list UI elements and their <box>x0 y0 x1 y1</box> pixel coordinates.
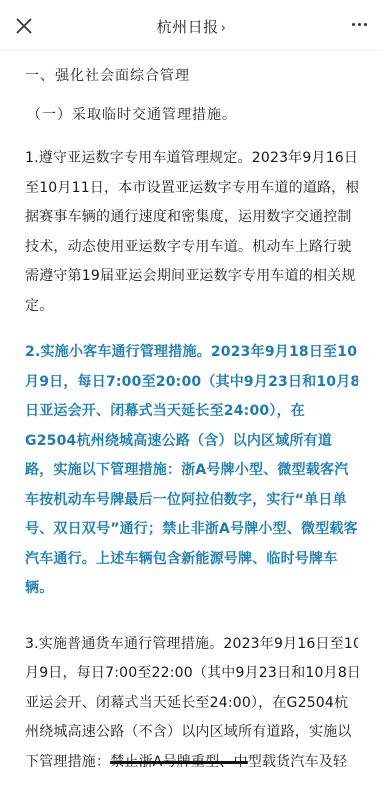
paragraph-line: 定。 <box>25 292 358 322</box>
paragraph-3: 3.实施普通货车通行管理措施。2023年9月16日至10 月9日，每日7:00至… <box>25 630 358 778</box>
account-name[interactable]: 杭州日报 <box>157 18 219 36</box>
article-body: 一、强化社会面综合管理 （一）采取临时交通管理措施。 1.遵守亚运数字专用车道管… <box>0 65 383 777</box>
paragraph-line-partial: 下管理措施：禁止浙A号牌重型、中型载货汽车及轻 <box>25 748 358 778</box>
paragraph-line: 需遵守第19届亚运会期间亚运数字专用车道的相关规 <box>25 262 358 292</box>
paragraph-line: 月9日，每日7:00至22:00（其中9月23日和10月8日 <box>25 659 358 689</box>
paragraph-line: 州绕城高速公路（不含）以内区域所有道路，实施以 <box>25 718 358 748</box>
paragraph-line: 汽车通行。上述车辆包含新能源号牌、临时号牌车 <box>25 545 358 575</box>
paragraph-line: 据赛事车辆的通行速度和密集度，运用数字交通控制 <box>25 203 358 233</box>
struck-text: 禁止浙A号牌重型、中 <box>110 754 248 770</box>
chevron-right-icon: › <box>221 21 227 36</box>
paragraph-line: 车按机动车号牌最后一位阿拉伯数字，实行“单日单 <box>25 486 358 516</box>
paragraph-line: 3.实施普通货车通行管理措施。2023年9月16日至10 <box>25 630 358 660</box>
paragraph-1: 1.遵守亚运数字专用车道管理规定。2023年9月16日 至10月11日，本市设置… <box>25 144 358 321</box>
paragraph-line: 月9日，每日7:00至20:00（其中9月23日和10月8 <box>25 368 358 398</box>
paragraph-line: 至10月11日，本市设置亚运数字专用车道的道路，根 <box>25 174 358 204</box>
paragraph-line: 1.遵守亚运数字专用车道管理规定。2023年9月16日 <box>25 144 358 174</box>
top-nav-bar: 杭州日报› <box>0 0 383 51</box>
paragraph-line: 技术，动态使用亚运数字专用车道。机动车上路行驶 <box>25 233 358 263</box>
paragraph-line: 号、双日双号”通行；禁止非浙A号牌小型、微型载客 <box>25 515 358 545</box>
paragraph-line: 路，实施以下管理措施：浙A号牌小型、微型载客汽 <box>25 456 358 486</box>
section-heading: 一、强化社会面综合管理 <box>25 65 358 87</box>
paragraph-2-highlighted: 2.实施小客车通行管理措施。2023年9月18日至10 月9日，每日7:00至2… <box>25 338 358 604</box>
subsection-heading: （一）采取临时交通管理措施。 <box>25 104 358 126</box>
paragraph-line: 辆。 <box>25 574 358 604</box>
paragraph-line: G2504杭州绕城高速公路（含）以内区域所有道 <box>25 427 358 457</box>
paragraph-line: 日亚运会开、闭幕式当天延长至24:00），在 <box>25 397 358 427</box>
line-text: 下管理措施： <box>25 754 110 770</box>
account-title[interactable]: 杭州日报› <box>0 16 383 37</box>
line-text: 型载货汽车及轻 <box>248 754 347 770</box>
paragraph-line: 亚运会开、闭幕式当天延长至24:00），在G2504杭 <box>25 689 358 719</box>
paragraph-line: 2.实施小客车通行管理措施。2023年9月18日至10 <box>25 338 358 368</box>
more-options-icon[interactable] <box>352 23 367 26</box>
